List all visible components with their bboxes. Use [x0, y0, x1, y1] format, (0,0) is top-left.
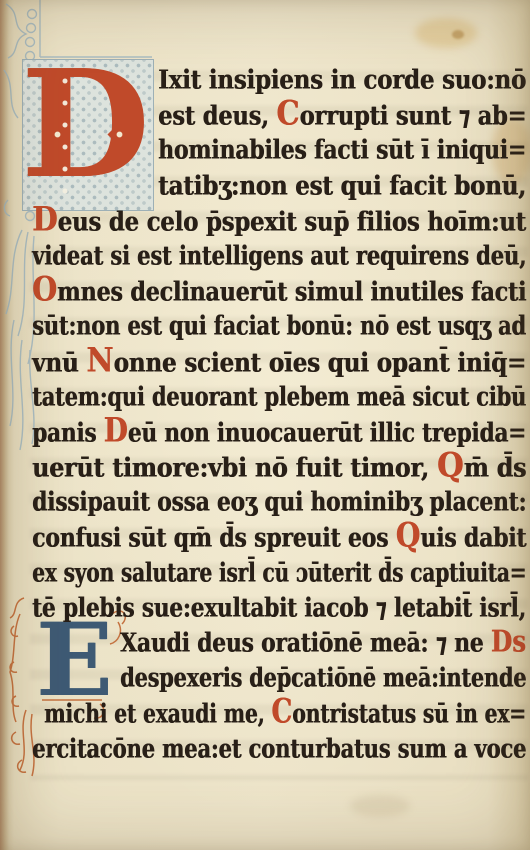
text-line: Omnes declinauerūt simul inutiles facti — [32, 273, 527, 308]
text-line: michi et exaudi me, Contristatus sū in e… — [32, 695, 527, 730]
line-text: hominabiles facti sūt ī iniqui= — [158, 133, 526, 165]
text-line: confusi sūt qm̄ d̄s spreuit eos Quis dab… — [32, 519, 527, 554]
rubricated-initial: Q — [437, 446, 464, 486]
line-text: Xaudi deus oratiōnē meā: ⁊ ne — [120, 626, 491, 658]
rubricated-initial: C — [271, 692, 292, 732]
text-column: Ixit insipiens in corde suo:nōest deus, … — [32, 62, 527, 766]
line-text: ontristatus sū in ex= — [292, 697, 526, 729]
rubricated-initial: O — [32, 270, 57, 310]
text-line: hominabiles facti sūt ī iniqui= — [32, 132, 527, 167]
line-text: vnū — [32, 346, 86, 378]
text-line: tē plebis sue:exultabit iacob ⁊ letabit̄… — [32, 590, 527, 625]
line-text: mnes declinauerūt simul inutiles facti — [57, 275, 526, 307]
text-line: despexeris dep̄catiōnē meā:intende — [32, 660, 527, 695]
text-line: Ixit insipiens in corde suo:nō — [32, 62, 527, 97]
text-line: vnū Nonne scient oīes qui opant̄ iniq̄= — [32, 344, 527, 379]
line-text: ex syon salutare isrl̄ cū ɔūterit d̄s ca… — [32, 556, 526, 588]
line-text: michi et exaudi me, — [44, 697, 271, 729]
line-text: uis dabit — [420, 521, 526, 553]
rubricated-initial: N — [86, 340, 113, 380]
parchment-stain — [452, 30, 464, 39]
line-text: eus de celo p̄spexit sup̄ filios hoīm:ut — [58, 205, 526, 237]
parchment-stain — [415, 18, 477, 48]
line-text: onne scient oīes qui opant̄ iniq̄= — [113, 346, 526, 378]
line-text: videat si est intelligens aut requirens … — [32, 239, 526, 271]
rubricated-initial: C — [276, 94, 299, 134]
line-text: ercitacōne mea:et conturbatus sum a voce — [32, 732, 526, 764]
text-line: videat si est intelligens aut requirens … — [32, 238, 527, 273]
line-text: m̄ d̄s — [464, 451, 526, 483]
manuscript-page: D E Ixit insipiens in corde suo:nōest de… — [0, 0, 530, 850]
line-text: est deus, — [158, 99, 276, 131]
line-text: tatem:qui deuorant plebem meā sicut cibū — [32, 380, 526, 412]
text-line: uerūt timore:vbi nō fuit timor, Qm̄ d̄s — [32, 449, 527, 484]
text-line: tatem:qui deuorant plebem meā sicut cibū — [32, 379, 527, 414]
line-text: panis — [32, 416, 104, 448]
line-text: eū non inuocauerūt illic trepida= — [128, 416, 526, 448]
page-left-edge-shadow — [0, 0, 9, 850]
rubric-text: Ds — [491, 625, 526, 659]
line-text: despexeris dep̄catiōnē meā:intende — [120, 661, 526, 693]
line-text: uerūt timore:vbi nō fuit timor, — [32, 451, 437, 483]
rubricated-initial: D — [104, 410, 128, 450]
text-line: tatibʒ:non est qui facit bonū, — [32, 168, 527, 203]
line-text: tē plebis sue:exultabit iacob ⁊ letabit̄… — [32, 591, 526, 623]
text-line: ercitacōne mea:et conturbatus sum a voce — [32, 731, 527, 766]
parchment-stain — [350, 795, 410, 817]
line-text: tatibʒ:non est qui facit bonū, — [158, 169, 526, 201]
text-line: est deus, Corrupti sunt ⁊ ab= — [32, 97, 527, 132]
line-text: dissipauit ossa eoʒ qui hominibʒ placent… — [32, 485, 526, 517]
text-line: sūt:non est qui faciat bonū: nō est usqʒ… — [32, 308, 527, 343]
text-line: ex syon salutare isrl̄ cū ɔūterit d̄s ca… — [32, 555, 527, 590]
rubricated-initial: Q — [396, 516, 421, 556]
line-text: Ixit insipiens in corde suo:nō — [158, 63, 526, 95]
line-text: confusi sūt qm̄ d̄s spreuit eos — [32, 521, 396, 553]
rubricated-initial: D — [32, 199, 58, 239]
text-line: Deus de celo p̄spexit sup̄ filios hoīm:u… — [32, 203, 527, 238]
line-text: sūt:non est qui faciat bonū: nō est usqʒ… — [32, 309, 526, 341]
text-line: panis Deū non inuocauerūt illic trepida= — [32, 414, 527, 449]
text-line: Xaudi deus oratiōnē meā: ⁊ ne Ds — [32, 625, 527, 660]
text-line: dissipauit ossa eoʒ qui hominibʒ placent… — [32, 484, 527, 519]
line-text: orrupti sunt ⁊ ab= — [299, 99, 526, 131]
text-line-content: ercitacōne mea:et conturbatus sum a voce — [32, 728, 526, 770]
